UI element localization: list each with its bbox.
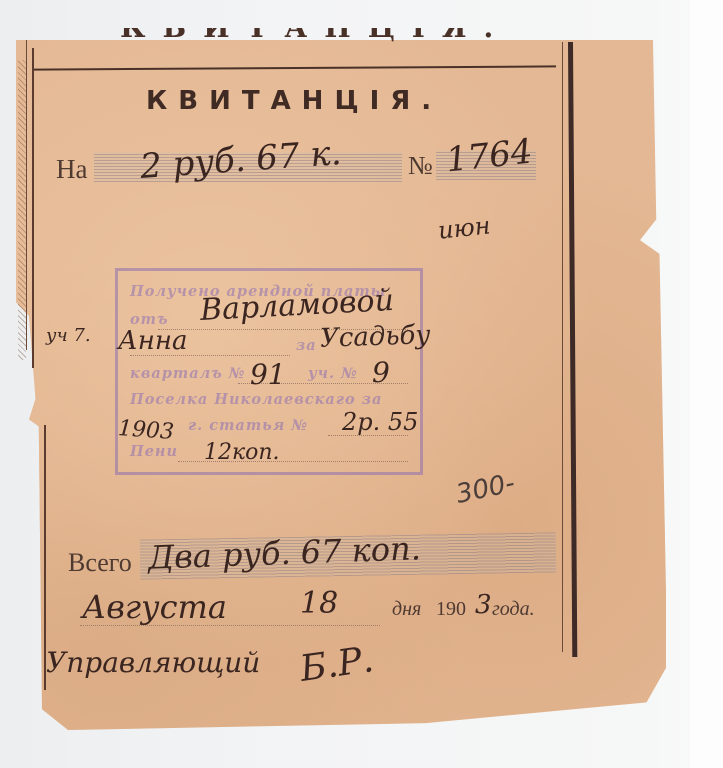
total-prefix: Всего — [68, 548, 132, 578]
signature-title: Управляющий — [46, 646, 260, 679]
number-prefix: № — [408, 151, 433, 181]
stamp-line-article: г. статья № — [188, 417, 308, 434]
month-note: июн — [437, 211, 492, 244]
stamp-line-penalty: Пени — [130, 443, 178, 460]
date-month: Августа — [82, 588, 227, 626]
stamp-year: 1903 — [117, 416, 175, 445]
stamp-line-quarter: кварталъ № — [130, 365, 246, 382]
article-amount: 2р. 55 — [342, 408, 418, 436]
frame-line-left-outer — [26, 40, 27, 350]
stub-title-cut: КВИТАНЦІЯ. — [120, 28, 510, 48]
frame-line-right-thin — [562, 42, 563, 652]
date-year-suffix: года. — [492, 598, 535, 621]
stamp-line-plot: уч. № — [308, 365, 358, 382]
stamp-line-for: за — [296, 337, 317, 354]
payment-period: Усадьбу — [320, 320, 431, 354]
date-dotted-line — [80, 625, 380, 626]
margin-note: уч 7. — [46, 325, 91, 346]
perforation-edge — [18, 60, 26, 360]
plot-number: 9 — [372, 356, 390, 389]
document-title: КВИТАНЦІЯ. — [146, 86, 442, 116]
date-day: 18 — [300, 586, 338, 621]
quarter-number: 91 — [250, 358, 286, 391]
scanner-background — [690, 0, 723, 768]
penalty-amount: 12коп. — [204, 440, 280, 465]
amount-prefix: На — [56, 154, 87, 185]
frame-line-left — [32, 48, 34, 368]
date-day-suffix: дня — [392, 598, 421, 621]
stamp-line-settlement: Поселка Николаевскаго за — [130, 391, 382, 408]
date-year-prefix: 190 — [436, 598, 466, 621]
date-year-handwritten: 3 — [475, 590, 492, 620]
payer-name: Анна — [118, 326, 187, 356]
